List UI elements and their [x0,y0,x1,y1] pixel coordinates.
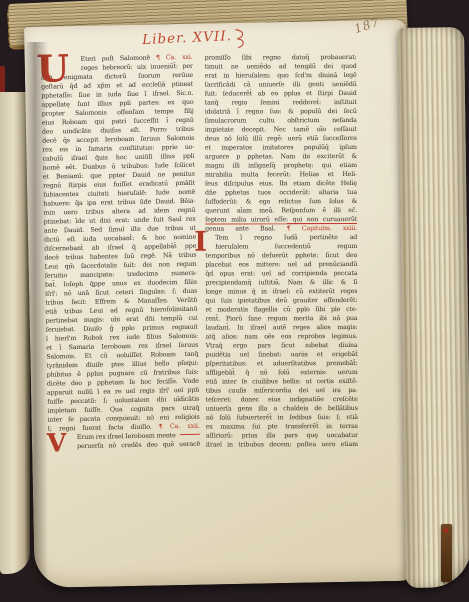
rubricator-line-filler [179,432,200,436]
line-text: tanq̄ regio ſemini redderet̄: inſtituit [205,99,357,107]
line-text: et imperatos imitatores populūq̄ ipſum [205,144,357,152]
line-text: uniuerſa gens illa a chaldeis de bellāti… [206,405,358,413]
line-text: tibus cauſis miſericordia dei uel ira pa… [206,387,358,395]
fore-edge-page-stack [398,27,469,588]
line-text: laudant̄. In iſrael autē reges alios mag… [205,324,357,332]
line-text: precipiendamq̄ iuſtitiā. Nam & illic & ſ… [205,279,357,287]
text-line: iſrael in tribubus decem: poſtea uero et… [206,440,358,450]
line-text: teſceret: donec eius indignatiōe creſcēt… [206,396,358,404]
line-text: pſperitatibus: et aduerſitatibus premebā… [206,360,358,368]
line-text: timuit ne ueniēdo ad templū dei quod [205,63,357,71]
line-text: genua ante Baal. [205,225,287,232]
running-title-text: Liber. XVII. [142,28,232,48]
line-text: iſrael in tribubus decem: poſtea uero et… [206,441,358,449]
line-text: Tem ī regno Iudā pertinēte ad [215,234,357,241]
paragraph: UEteri poſt Salomonē ¶ Ca. xxi.reges heb… [41,53,200,434]
line-text: ſeptem milia uirorū eſſe: qui non curuau… [205,216,357,224]
line-text: temporibus nō defuerūt pphete: ſicut deo [205,252,357,260]
line-text: et moderatis flagellis cū pplo ſibi ple … [205,306,357,314]
line-text: magni illi inſigneſq̄ prophetę: qui etia… [205,162,357,170]
paragraph: ITem ī regno Iudā pertinēte adhieruſalem… [205,233,358,450]
line-text: etiā inter ſe ciuilibus bellis: ut certi… [206,378,358,386]
line-text: ſimulacrorum cultu obſtrictum nefanda [205,117,357,125]
chapter-rubric: ¶ Ca. xxii. [159,423,200,431]
line-text: nō ſolū ſubuerterēt̄ in ſedibus ſuis: ſ;… [206,414,358,422]
line-text: aſſiriorū: prius illa pars quę uocabatur [206,432,358,440]
line-text: impietate decepit. Nec tamē oīo ceſſauit [205,126,357,134]
line-text: qui ſuis ipietatibus deū grauiter offend… [205,297,357,305]
line-text: affligebāt̄ q̄ nō ſolū externis: uerum [206,369,358,377]
line-text: q̄d opus erat: uel ad corripienda peccat… [205,270,357,278]
line-text: longe minus q̄ in iſrael: cū extiterūt r… [205,288,357,296]
line-text: mirabilia multa fecerūt: Helias et Heli- [205,171,357,179]
fore-edge-leather-tab [441,524,452,582]
text-line: peruerſa nō credēs deo quē ueracē [48,440,200,452]
line-text: querunt aīam meā. Reſponſum ē illi ec̄. [205,207,357,215]
line-text: ex maxima ſui pte transferrēt̄ in terras [206,423,358,431]
line-text: atq̄ alios: nam oēs eos reprobos legimus… [206,333,358,341]
text-column-right: promiſſo ſibi regno datoq̄ probauerat:ti… [205,53,358,450]
drop-cap-initial: I [194,232,207,254]
drop-cap-initial: V [47,432,67,453]
line-text: ſuffoderūt: & ego relictus ſum ſolus & [205,198,357,206]
line-text: ſeus diſcipulus eius. Ibi etiam dicēte H… [205,180,357,188]
rubric-flourish-icon [234,27,247,50]
line-text: dn̄e pphetas tuos occiderūt: altaria tua [205,189,357,197]
chapter-rubric: ¶ Ca. xxi. [156,54,193,62]
line-text: ſacrificādi cā uniuerſe illi genti ueniē… [205,81,357,89]
line-text: hieruſalem ſuccedentiū regum [215,243,357,250]
line-text: placebat eos mittere: uel ad prenūciandū [205,261,357,269]
line-text: fuit: ſeducerēt̄ ab eo pplus et ſtirpi D… [205,90,357,98]
manuscript-page: Liber. XVII. 187 UEteri poſt Salomonē ¶ … [24,20,417,588]
line-text: erat in hieruſalem: quo ſcd'm diuinā leg… [205,72,357,80]
line-text: promiſſo ſibi regno datoq̄ probauerat: [205,54,357,62]
line-text: peruerſa nō credēs deo quē ueracē [77,441,200,450]
line-text: rent̄. Piorū ſane regum merita ibi nō pu… [205,315,357,323]
line-text: idolatriā ī regno ſuo: & populū dei ſecū [205,108,357,116]
line-text: puidētia uel ſinebat: uariis et erigebāt… [206,351,358,359]
running-title: Liber. XVII. [142,27,247,54]
paragraph: VErum rex iſrael Ieroboam menteperuerſa … [48,431,200,452]
line-text: Vtraq̄ ergo pars ſicut iubebat diuina [206,342,358,350]
book-photograph: Liber. XVII. 187 UEteri poſt Salomonē ¶ … [0,0,469,602]
line-text: Eteri poſt Salomonē [81,54,157,62]
text-column-left: UEteri poſt Salomonē ¶ Ca. xxi.reges heb… [41,53,201,452]
tab-red-mark [444,528,448,533]
line-text: deus nō ſolū illū regē: uerū etiā ſucceſ… [205,135,357,143]
gutter-shadow [24,42,48,582]
paragraph: promiſſo ſibi regno datoq̄ probauerat:ti… [205,53,358,234]
chapter-rubric: ¶ Capitulm. xxiii. [287,225,357,232]
line-text: arguere p pphetas. Nam ibi exciterūt & [205,153,357,161]
